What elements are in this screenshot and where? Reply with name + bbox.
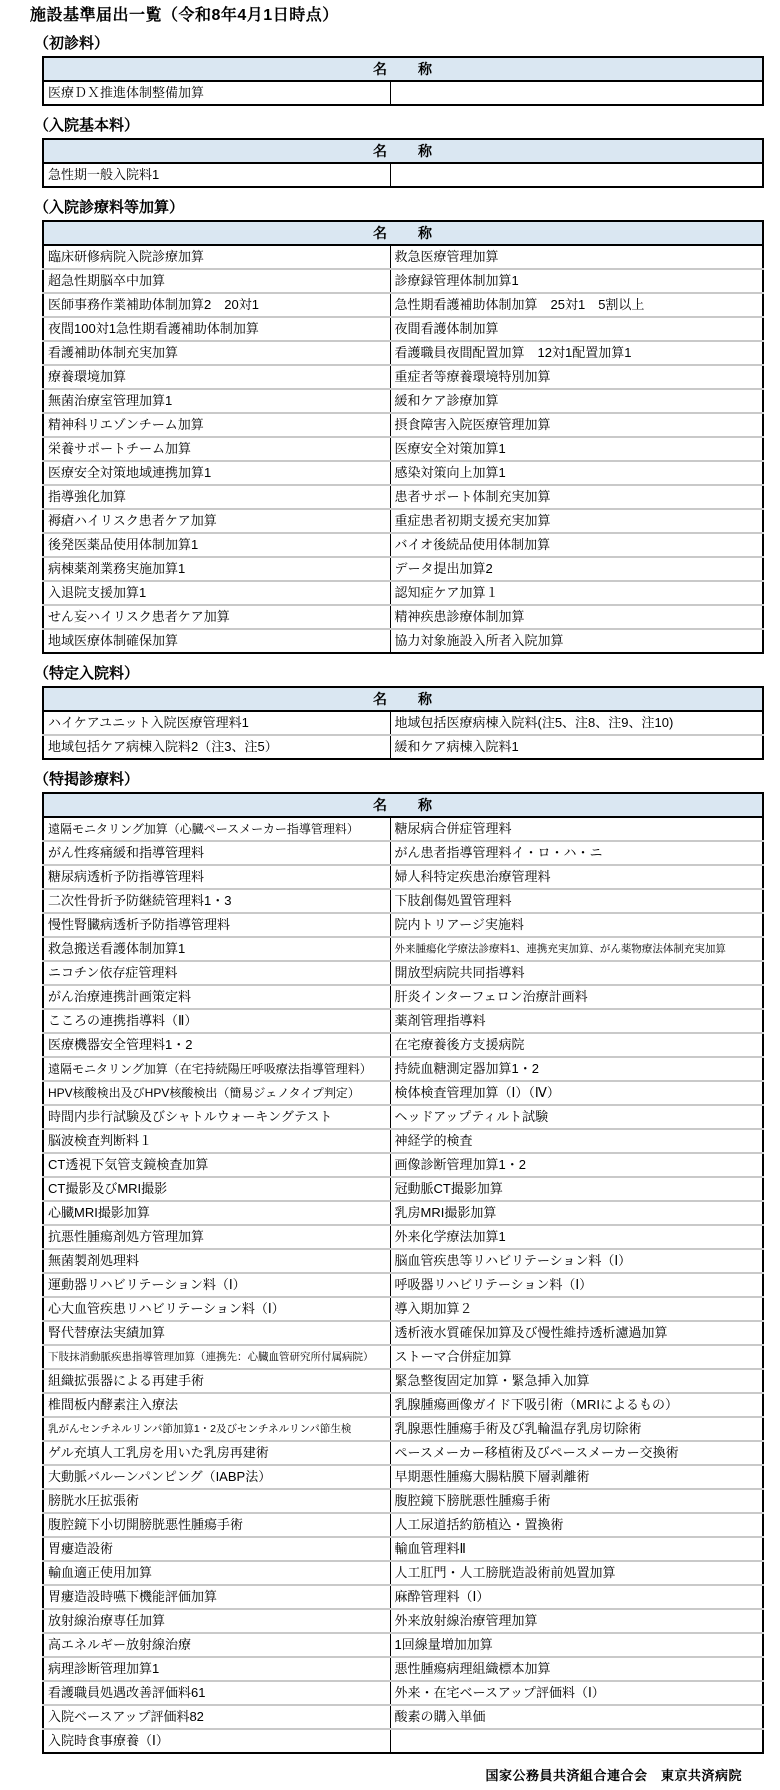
table-row: 運動器リハビリテーション料（Ⅰ）呼吸器リハビリテーション料（Ⅰ） <box>43 1273 763 1297</box>
table-cell-left: 地域医療体制確保加算 <box>43 629 390 653</box>
table-cell-right: 外来放射線治療管理加算 <box>390 1609 763 1633</box>
table-cell-right: 麻酔管理料（Ⅰ） <box>390 1585 763 1609</box>
table-cell-right: バイオ後続品使用体制加算 <box>390 533 763 557</box>
table-cell-right: 摂食障害入院医療管理加算 <box>390 413 763 437</box>
table-cell-left: 胃瘻造設時嚥下機能評価加算 <box>43 1585 390 1609</box>
table-row: 医師事務作業補助体制加算2 20対1急性期看護補助体制加算 25対1 5割以上 <box>43 293 763 317</box>
table-cell-left: 臨床研修病院入院診療加算 <box>43 245 390 269</box>
table-cell-left: 心大血管疾患リハビリテーション料（Ⅰ） <box>43 1297 390 1321</box>
table-cell-left: HPV核酸検出及びHPV核酸検出（簡易ジェノタイプ判定） <box>43 1081 390 1105</box>
table-cell-left: 輸血適正使用加算 <box>43 1561 390 1585</box>
table-header-cell: 名 称 <box>43 793 763 817</box>
table-cell-left: 超急性期脳卒中加算 <box>43 269 390 293</box>
table-cell-right: 開放型病院共同指導料 <box>390 961 763 985</box>
table-row: 慢性腎臓病透析予防指導管理料院内トリアージ実施料 <box>43 913 763 937</box>
table-cell-right: 協力対象施設入所者入院加算 <box>390 629 763 653</box>
table-cell-left: 指導強化加算 <box>43 485 390 509</box>
table-cell-left: 救急搬送看護体制加算1 <box>43 937 390 961</box>
table-cell-right: 神経学的検査 <box>390 1129 763 1153</box>
table-cell-right: 人工肛門・人工膀胱造設術前処置加算 <box>390 1561 763 1585</box>
table-cell-left: ニコチン依存症管理料 <box>43 961 390 985</box>
table-cell-left: 医療ＤＸ推進体制整備加算 <box>43 81 390 105</box>
table-row: 救急搬送看護体制加算1外来腫瘍化学療法診療料1、連携充実加算、がん薬物療法体制充… <box>43 937 763 961</box>
table-cell-left: 後発医薬品使用体制加算1 <box>43 533 390 557</box>
table-row: ゲル充填人工乳房を用いた乳房再建術ペースメーカー移植術及びペースメーカー交換術 <box>43 1441 763 1465</box>
table-row: 臨床研修病院入院診療加算救急医療管理加算 <box>43 245 763 269</box>
table-cell-left: 遠隔モニタリング加算（在宅持続陽圧呼吸療法指導管理料） <box>43 1057 390 1081</box>
table-cell-right: 外来・在宅ベースアップ評価料（Ⅰ） <box>390 1681 763 1705</box>
table-cell-right: 患者サポート体制充実加算 <box>390 485 763 509</box>
table-cell-left: 病棟薬剤業務実施加算1 <box>43 557 390 581</box>
table-cell-left: 入院ベースアップ評価料82 <box>43 1705 390 1729</box>
table-cell-left: がん治療連携計画策定料 <box>43 985 390 1009</box>
table-cell-right: 導入期加算２ <box>390 1297 763 1321</box>
table-cell-right: 重症患者初期支援充実加算 <box>390 509 763 533</box>
table-cell-right: 腹腔鏡下膀胱悪性腫瘍手術 <box>390 1489 763 1513</box>
table-row: 乳がんセンチネルリンパ節加算1・2及びセンチネルリンパ節生検乳腺悪性腫瘍手術及び… <box>43 1417 763 1441</box>
table-row: 入退院支援加算1認知症ケア加算１ <box>43 581 763 605</box>
table-cell-left: 組織拡張器による再建手術 <box>43 1369 390 1393</box>
table-row: ニコチン依存症管理料開放型病院共同指導料 <box>43 961 763 985</box>
table-cell-right: 糖尿病合併症管理料 <box>390 817 763 841</box>
table-row: 指導強化加算患者サポート体制充実加算 <box>43 485 763 509</box>
table-cell-right: 検体検査管理加算（Ⅰ）（Ⅳ） <box>390 1081 763 1105</box>
table-row: 地域包括ケア病棟入院料2（注3、注5）緩和ケア病棟入院料1 <box>43 735 763 759</box>
table-cell-left: 抗悪性腫瘍剤処方管理加算 <box>43 1225 390 1249</box>
table-row: CT撮影及びMRI撮影冠動脈CT撮影加算 <box>43 1177 763 1201</box>
section-4: （特掲診療料）名 称遠隔モニタリング加算（心臓ペースメーカー指導管理料）糖尿病合… <box>30 770 762 1754</box>
table-cell-right <box>390 81 763 105</box>
table-cell-right: 乳腺悪性腫瘍手術及び乳輪温存乳房切除術 <box>390 1417 763 1441</box>
table-cell-right: 呼吸器リハビリテーション料（Ⅰ） <box>390 1273 763 1297</box>
table-cell-right: 精神疾患診療体制加算 <box>390 605 763 629</box>
table-row: 地域医療体制確保加算協力対象施設入所者入院加算 <box>43 629 763 653</box>
table-row: 急性期一般入院料1 <box>43 163 763 187</box>
table-cell-left: 医療安全対策地域連携加算1 <box>43 461 390 485</box>
table-row: 医療ＤＸ推進体制整備加算 <box>43 81 763 105</box>
table-cell-right: 医療安全対策加算1 <box>390 437 763 461</box>
section-3: （特定入院料）名 称ハイケアユニット入院医療管理料1地域包括医療病棟入院料(注5… <box>30 664 762 760</box>
section-label: （特掲診療料） <box>34 770 762 789</box>
section-label: （入院基本料） <box>34 116 762 135</box>
table-cell-right: ストーマ合併症加算 <box>390 1345 763 1369</box>
table-cell-right: 肝炎インターフェロン治療計画料 <box>390 985 763 1009</box>
table-cell-left: 大動脈バルーンパンピング（IABP法） <box>43 1465 390 1489</box>
table-row: 無菌製剤処理料脳血管疾患等リハビリテーション料（Ⅰ） <box>43 1249 763 1273</box>
table-cell-right: 在宅療養後方支援病院 <box>390 1033 763 1057</box>
table-cell-left: ゲル充填人工乳房を用いた乳房再建術 <box>43 1441 390 1465</box>
table-row: 看護職員処遇改善評価料61外来・在宅ベースアップ評価料（Ⅰ） <box>43 1681 763 1705</box>
table-cell-right: 薬剤管理指導料 <box>390 1009 763 1033</box>
table-row: 膀胱水圧拡張術腹腔鏡下膀胱悪性腫瘍手術 <box>43 1489 763 1513</box>
table-row: 二次性骨折予防継続管理料1・3下肢創傷処置管理料 <box>43 889 763 913</box>
table-row: 時間内歩行試験及びシャトルウォーキングテストヘッドアップティルト試験 <box>43 1105 763 1129</box>
table-cell-right: 緊急整復固定加算・緊急挿入加算 <box>390 1369 763 1393</box>
table-header-cell: 名 称 <box>43 139 763 163</box>
table-row: 医療機器安全管理料1・2在宅療養後方支援病院 <box>43 1033 763 1057</box>
table-cell-right: 持続血糖測定器加算1・2 <box>390 1057 763 1081</box>
section-label: （初診料） <box>34 34 762 53</box>
table-row: 病棟薬剤業務実施加算1データ提出加算2 <box>43 557 763 581</box>
table-row: せん妄ハイリスク患者ケア加算精神疾患診療体制加算 <box>43 605 763 629</box>
table-cell-right: 画像診断管理加算1・2 <box>390 1153 763 1177</box>
table-row: 入院ベースアップ評価料82酸素の購入単価 <box>43 1705 763 1729</box>
table-cell-left: 医療機器安全管理料1・2 <box>43 1033 390 1057</box>
table-cell-right <box>390 1729 763 1753</box>
table-cell-left: 栄養サポートチーム加算 <box>43 437 390 461</box>
table-row: 無菌治療室管理加算1緩和ケア診療加算 <box>43 389 763 413</box>
table-cell-left: せん妄ハイリスク患者ケア加算 <box>43 605 390 629</box>
table-cell-right <box>390 163 763 187</box>
table-cell-right: 診療録管理体制加算1 <box>390 269 763 293</box>
table-cell-left: 放射線治療専任加算 <box>43 1609 390 1633</box>
table-row: 下肢抹消動脈疾患指導管理加算（連携先：心臓血管研究所付属病院）ストーマ合併症加算 <box>43 1345 763 1369</box>
table-cell-left: 運動器リハビリテーション料（Ⅰ） <box>43 1273 390 1297</box>
table-cell-left: 乳がんセンチネルリンパ節加算1・2及びセンチネルリンパ節生検 <box>43 1417 390 1441</box>
table-row: 遠隔モニタリング加算（在宅持続陽圧呼吸療法指導管理料）持続血糖測定器加算1・2 <box>43 1057 763 1081</box>
table-cell-left: 遠隔モニタリング加算（心臓ペースメーカー指導管理料） <box>43 817 390 841</box>
table-cell-left: 病理診断管理加算1 <box>43 1657 390 1681</box>
table-cell-right: 輸血管理料Ⅱ <box>390 1537 763 1561</box>
table-row: がん性疼痛緩和指導管理料がん患者指導管理料イ・ロ・ハ・ニ <box>43 841 763 865</box>
table-cell-left: 膀胱水圧拡張術 <box>43 1489 390 1513</box>
table-cell-left: 胃瘻造設術 <box>43 1537 390 1561</box>
table-row: ハイケアユニット入院医療管理料1地域包括医療病棟入院料(注5、注8、注9、注10… <box>43 711 763 735</box>
table-row: 抗悪性腫瘍剤処方管理加算外来化学療法加算1 <box>43 1225 763 1249</box>
table-header-cell: 名 称 <box>43 687 763 711</box>
table-cell-right: 救急医療管理加算 <box>390 245 763 269</box>
table-cell-left: 急性期一般入院料1 <box>43 163 390 187</box>
table-cell-left: 看護職員処遇改善評価料61 <box>43 1681 390 1705</box>
table-cell-left: 夜間100対1急性期看護補助体制加算 <box>43 317 390 341</box>
table-cell-right: 急性期看護補助体制加算 25対1 5割以上 <box>390 293 763 317</box>
table-row: 胃瘻造設時嚥下機能評価加算麻酔管理料（Ⅰ） <box>43 1585 763 1609</box>
table-cell-right: 乳房MRI撮影加算 <box>390 1201 763 1225</box>
table-cell-left: 高エネルギー放射線治療 <box>43 1633 390 1657</box>
table-cell-left: 腹腔鏡下小切開膀胱悪性腫瘍手術 <box>43 1513 390 1537</box>
table-row: 看護補助体制充実加算看護職員夜間配置加算 12対1配置加算1 <box>43 341 763 365</box>
table-row: HPV核酸検出及びHPV核酸検出（簡易ジェノタイプ判定）検体検査管理加算（Ⅰ）（… <box>43 1081 763 1105</box>
table-row: 脳波検査判断料１神経学的検査 <box>43 1129 763 1153</box>
table-row: 心大血管疾患リハビリテーション料（Ⅰ）導入期加算２ <box>43 1297 763 1321</box>
table-cell-right: 地域包括医療病棟入院料(注5、注8、注9、注10) <box>390 711 763 735</box>
table-cell-left: ハイケアユニット入院医療管理料1 <box>43 711 390 735</box>
section-2: （入院診療料等加算）名 称臨床研修病院入院診療加算救急医療管理加算超急性期脳卒中… <box>30 198 762 654</box>
table-cell-right: 感染対策向上加算1 <box>390 461 763 485</box>
table-cell-left: 下肢抹消動脈疾患指導管理加算（連携先：心臓血管研究所付属病院） <box>43 1345 390 1369</box>
table-cell-right: 認知症ケア加算１ <box>390 581 763 605</box>
table-cell-right: 1回線量増加加算 <box>390 1633 763 1657</box>
sections-container: （初診料）名 称医療ＤＸ推進体制整備加算（入院基本料）名 称急性期一般入院料1（… <box>30 34 762 1754</box>
table-row: 栄養サポートチーム加算医療安全対策加算1 <box>43 437 763 461</box>
table-cell-right: ペースメーカー移植術及びペースメーカー交換術 <box>390 1441 763 1465</box>
page-title: 施設基準届出一覧（令和8年4月1日時点） <box>30 6 762 26</box>
table-row: 後発医薬品使用体制加算1バイオ後続品使用体制加算 <box>43 533 763 557</box>
table-cell-left: 精神科リエゾンチーム加算 <box>43 413 390 437</box>
table-cell-right: 外来化学療法加算1 <box>390 1225 763 1249</box>
table-row: 放射線治療専任加算外来放射線治療管理加算 <box>43 1609 763 1633</box>
table-row: 医療安全対策地域連携加算1感染対策向上加算1 <box>43 461 763 485</box>
table-row: 腹腔鏡下小切開膀胱悪性腫瘍手術人工尿道括約筋植込・置換術 <box>43 1513 763 1537</box>
table-row: 入院時食事療養（Ⅰ） <box>43 1729 763 1753</box>
table-cell-right: 婦人科特定疾患治療管理料 <box>390 865 763 889</box>
table-cell-right: 悪性腫瘍病理組織標本加算 <box>390 1657 763 1681</box>
document-page: 施設基準届出一覧（令和8年4月1日時点） （初診料）名 称医療ＤＸ推進体制整備加… <box>0 0 780 1784</box>
table-cell-right: 外来腫瘍化学療法診療料1、連携充実加算、がん薬物療法体制充実加算 <box>390 937 763 961</box>
table-row: 療養環境加算重症者等療養環境特別加算 <box>43 365 763 389</box>
table-row: 大動脈バルーンパンピング（IABP法）早期悪性腫瘍大腸粘膜下層剥離術 <box>43 1465 763 1489</box>
table-cell-right: がん患者指導管理料イ・ロ・ハ・ニ <box>390 841 763 865</box>
section-table: 名 称遠隔モニタリング加算（心臓ペースメーカー指導管理料）糖尿病合併症管理料がん… <box>42 792 764 1754</box>
table-cell-right: 夜間看護体制加算 <box>390 317 763 341</box>
section-label: （入院診療料等加算） <box>34 198 762 217</box>
table-cell-left: 地域包括ケア病棟入院料2（注3、注5） <box>43 735 390 759</box>
table-row: 心臓MRI撮影加算乳房MRI撮影加算 <box>43 1201 763 1225</box>
table-cell-right: 院内トリアージ実施料 <box>390 913 763 937</box>
table-cell-left: こころの連携指導料（Ⅱ） <box>43 1009 390 1033</box>
section-table: 名 称医療ＤＸ推進体制整備加算 <box>42 56 764 106</box>
table-header-cell: 名 称 <box>43 221 763 245</box>
table-cell-left: 褥瘡ハイリスク患者ケア加算 <box>43 509 390 533</box>
table-cell-left: 時間内歩行試験及びシャトルウォーキングテスト <box>43 1105 390 1129</box>
table-cell-left: 入院時食事療養（Ⅰ） <box>43 1729 390 1753</box>
table-row: 病理診断管理加算1悪性腫瘍病理組織標本加算 <box>43 1657 763 1681</box>
table-row: 腎代替療法実績加算透析液水質確保加算及び慢性維持透析濾過加算 <box>43 1321 763 1345</box>
table-cell-right: 早期悪性腫瘍大腸粘膜下層剥離術 <box>390 1465 763 1489</box>
table-cell-right: データ提出加算2 <box>390 557 763 581</box>
table-header-cell: 名 称 <box>43 57 763 81</box>
table-cell-right: 下肢創傷処置管理料 <box>390 889 763 913</box>
table-cell-right: 緩和ケア診療加算 <box>390 389 763 413</box>
table-row: CT透視下気管支鏡検査加算画像診断管理加算1・2 <box>43 1153 763 1177</box>
table-row: 超急性期脳卒中加算診療録管理体制加算1 <box>43 269 763 293</box>
section-0: （初診料）名 称医療ＤＸ推進体制整備加算 <box>30 34 762 106</box>
table-cell-left: 無菌製剤処理料 <box>43 1249 390 1273</box>
section-table: 名 称ハイケアユニット入院医療管理料1地域包括医療病棟入院料(注5、注8、注9、… <box>42 686 764 760</box>
table-cell-left: CT透視下気管支鏡検査加算 <box>43 1153 390 1177</box>
table-cell-right: 脳血管疾患等リハビリテーション料（Ⅰ） <box>390 1249 763 1273</box>
table-row: 遠隔モニタリング加算（心臓ペースメーカー指導管理料）糖尿病合併症管理料 <box>43 817 763 841</box>
section-1: （入院基本料）名 称急性期一般入院料1 <box>30 116 762 188</box>
table-cell-left: 二次性骨折予防継続管理料1・3 <box>43 889 390 913</box>
table-cell-right: 乳腺腫瘍画像ガイド下吸引術（MRIによるもの） <box>390 1393 763 1417</box>
table-row: 褥瘡ハイリスク患者ケア加算重症患者初期支援充実加算 <box>43 509 763 533</box>
table-cell-right: 重症者等療養環境特別加算 <box>390 365 763 389</box>
table-row: 糖尿病透析予防指導管理料婦人科特定疾患治療管理料 <box>43 865 763 889</box>
table-cell-left: 腎代替療法実績加算 <box>43 1321 390 1345</box>
table-row: こころの連携指導料（Ⅱ）薬剤管理指導料 <box>43 1009 763 1033</box>
table-cell-left: 看護補助体制充実加算 <box>43 341 390 365</box>
section-table: 名 称急性期一般入院料1 <box>42 138 764 188</box>
table-cell-left: CT撮影及びMRI撮影 <box>43 1177 390 1201</box>
table-cell-left: 無菌治療室管理加算1 <box>43 389 390 413</box>
table-row: 精神科リエゾンチーム加算摂食障害入院医療管理加算 <box>43 413 763 437</box>
table-cell-right: 緩和ケア病棟入院料1 <box>390 735 763 759</box>
table-cell-left: 糖尿病透析予防指導管理料 <box>43 865 390 889</box>
table-cell-left: 医師事務作業補助体制加算2 20対1 <box>43 293 390 317</box>
section-label: （特定入院料） <box>34 664 762 683</box>
table-cell-left: 脳波検査判断料１ <box>43 1129 390 1153</box>
table-cell-left: がん性疼痛緩和指導管理料 <box>43 841 390 865</box>
table-cell-left: 心臓MRI撮影加算 <box>43 1201 390 1225</box>
table-row: 輸血適正使用加算人工肛門・人工膀胱造設術前処置加算 <box>43 1561 763 1585</box>
table-cell-right: 看護職員夜間配置加算 12対1配置加算1 <box>390 341 763 365</box>
table-row: がん治療連携計画策定料肝炎インターフェロン治療計画料 <box>43 985 763 1009</box>
table-row: 夜間100対1急性期看護補助体制加算夜間看護体制加算 <box>43 317 763 341</box>
table-cell-right: ヘッドアップティルト試験 <box>390 1105 763 1129</box>
table-row: 高エネルギー放射線治療1回線量増加加算 <box>43 1633 763 1657</box>
table-row: 胃瘻造設術輸血管理料Ⅱ <box>43 1537 763 1561</box>
footer-organization: 国家公務員共済組合連合会 東京共済病院 <box>30 1768 742 1784</box>
table-cell-left: 慢性腎臓病透析予防指導管理料 <box>43 913 390 937</box>
table-cell-left: 入退院支援加算1 <box>43 581 390 605</box>
table-row: 椎間板内酵素注入療法乳腺腫瘍画像ガイド下吸引術（MRIによるもの） <box>43 1393 763 1417</box>
table-cell-right: 酸素の購入単価 <box>390 1705 763 1729</box>
table-cell-right: 冠動脈CT撮影加算 <box>390 1177 763 1201</box>
table-cell-right: 人工尿道括約筋植込・置換術 <box>390 1513 763 1537</box>
table-cell-left: 椎間板内酵素注入療法 <box>43 1393 390 1417</box>
section-table: 名 称臨床研修病院入院診療加算救急医療管理加算超急性期脳卒中加算診療録管理体制加… <box>42 220 764 654</box>
table-row: 組織拡張器による再建手術緊急整復固定加算・緊急挿入加算 <box>43 1369 763 1393</box>
table-cell-right: 透析液水質確保加算及び慢性維持透析濾過加算 <box>390 1321 763 1345</box>
table-cell-left: 療養環境加算 <box>43 365 390 389</box>
